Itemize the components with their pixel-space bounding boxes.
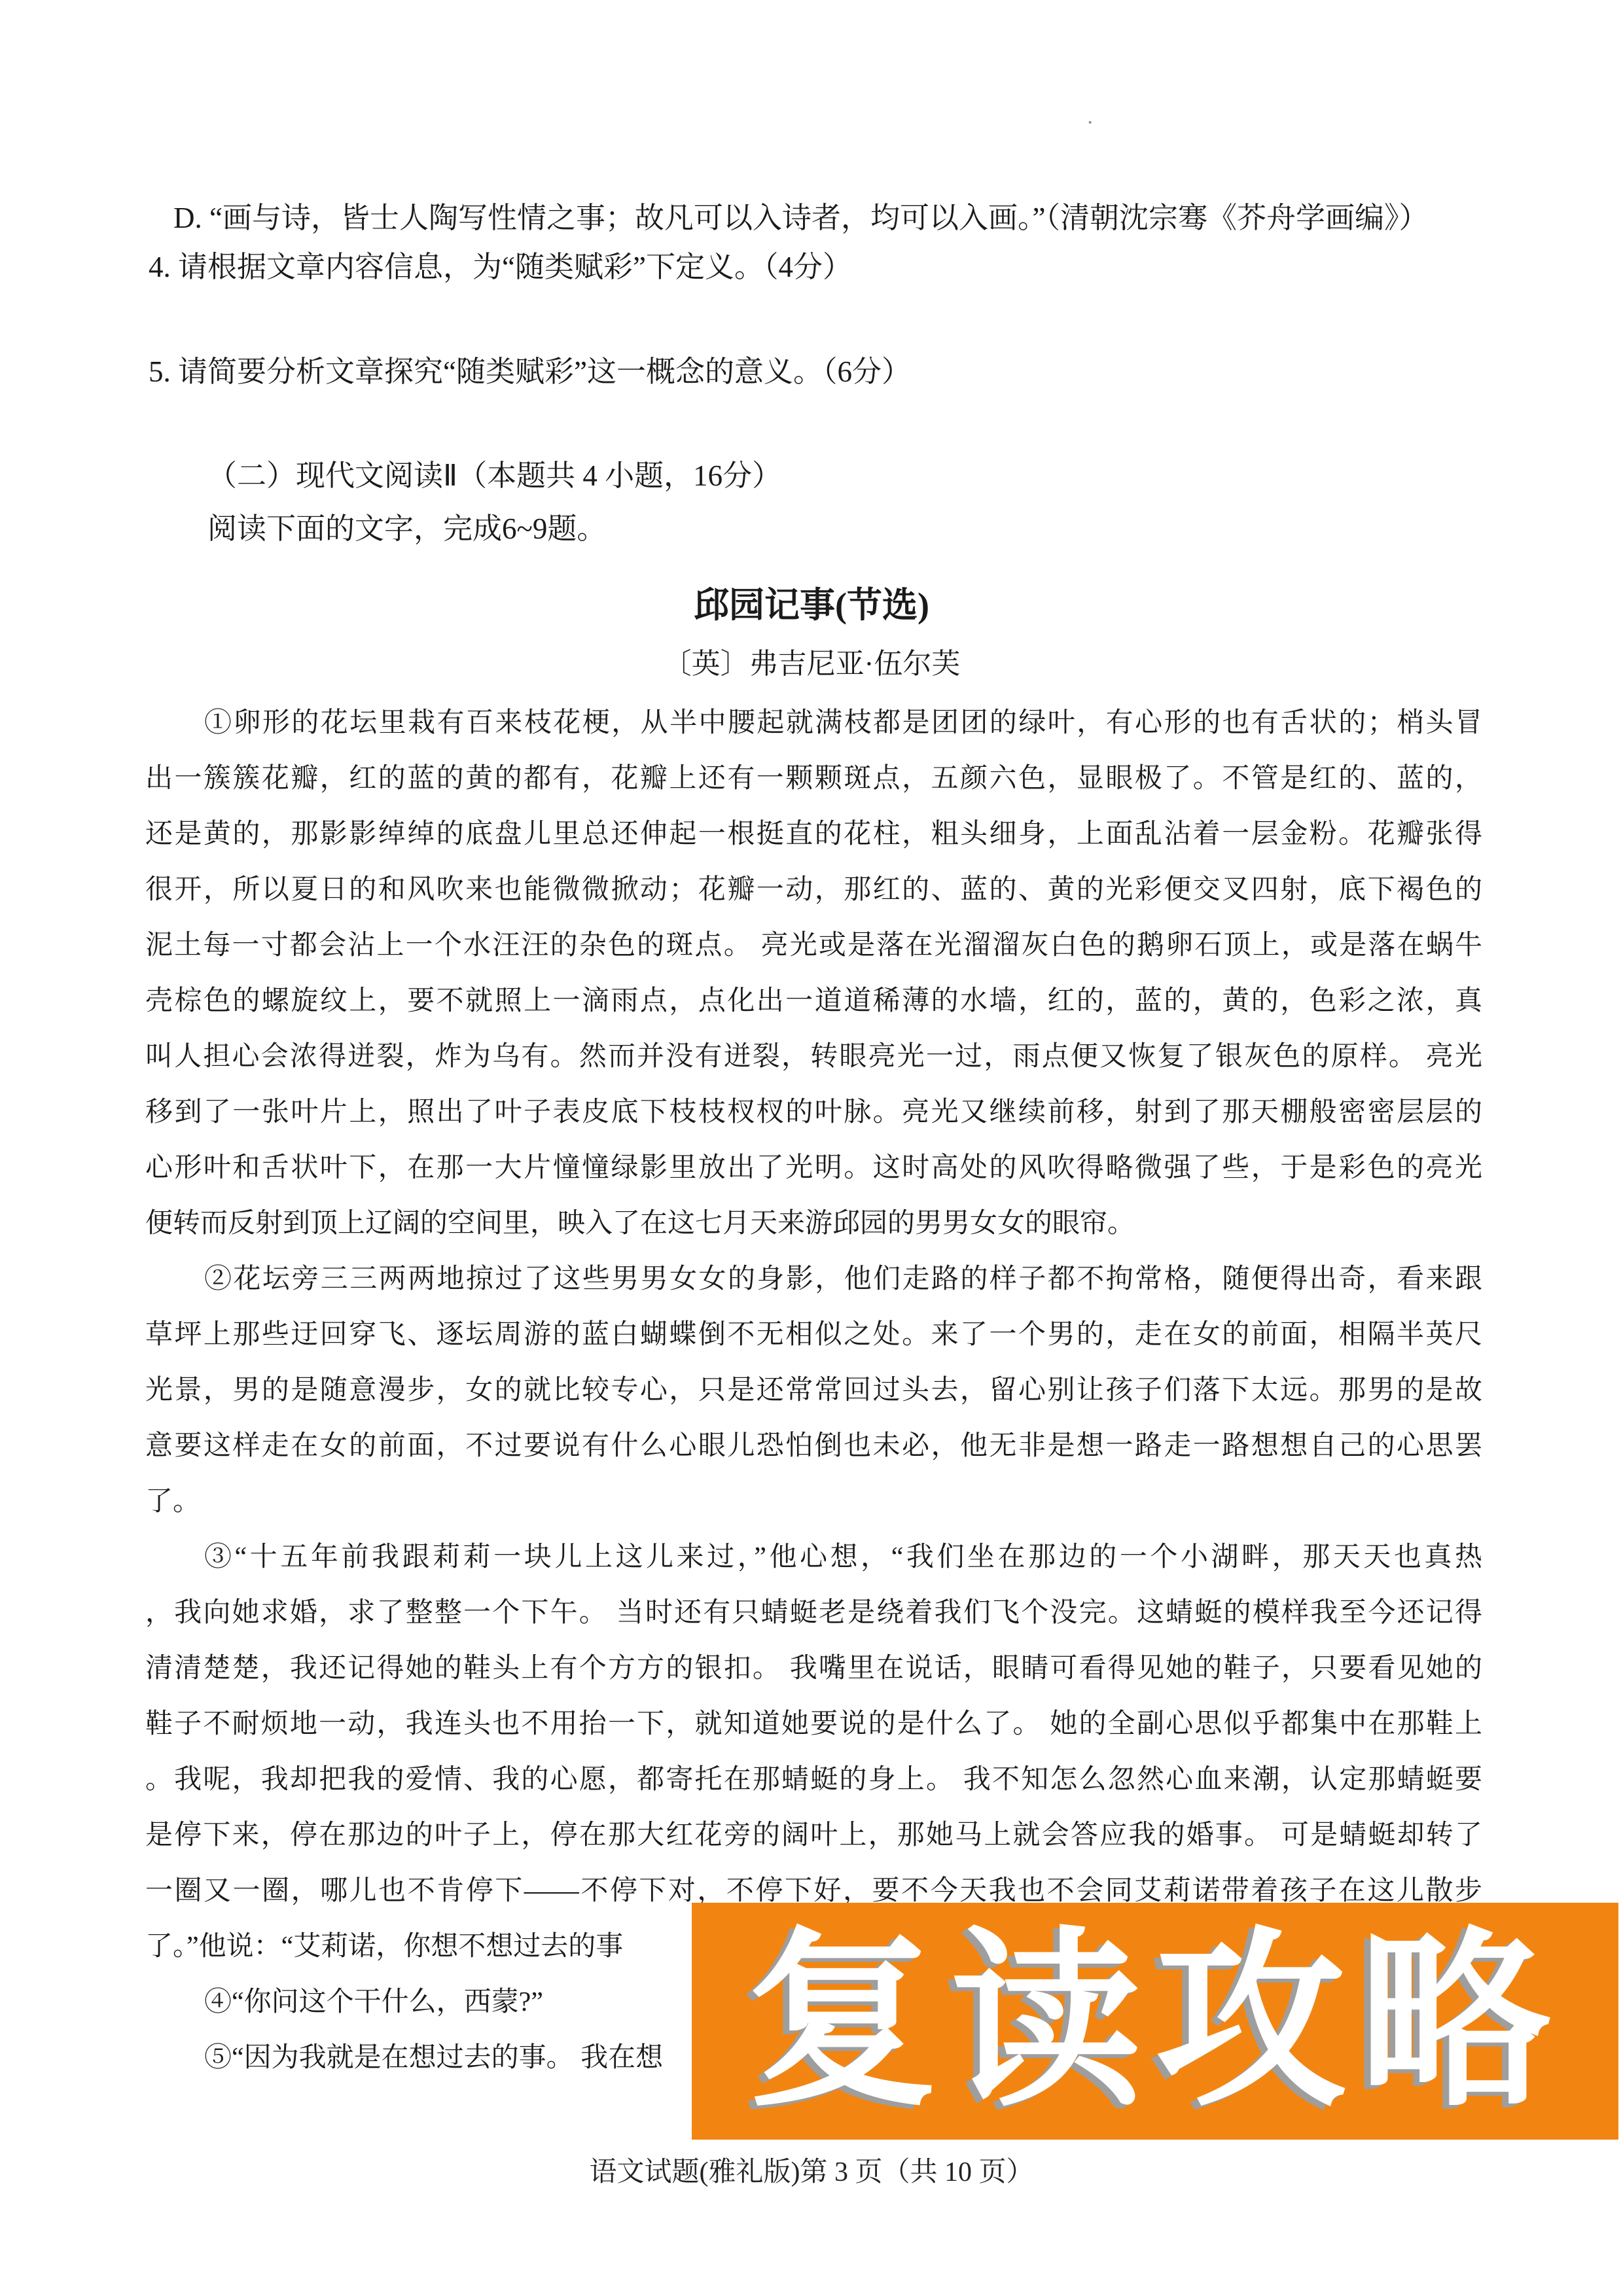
passage-line: 意要这样走在女的前面，不过要说有什么心眼儿恐怕倒也未必，他无非是想一路走一路想想… [145,1419,1482,1474]
passage-line: ①卵形的花坛里栽有百来枝花梗，从半中腰起就满枝都是团团的绿叶，有心形的也有舌状的… [145,696,1482,751]
question-5: 5. 请简要分析文章探究“随类赋彩”这一概念的意义。（6分） [149,342,911,401]
passage-line: 鞋子不耐烦地一动，我连头也不用抬一下，就知道她要说的是什么了。 她的全副心思似乎… [145,1697,1482,1752]
passage-line: 出一簇簇花瓣，红的蓝的黄的都有，花瓣上还有一颗颗斑点，五颜六色，显眼极了。不管是… [145,751,1482,806]
passage-line: 还是黄的，那影影绰绰的底盘儿里总还伸起一根挺直的花柱，粗头细身，上面乱沾着一层金… [145,807,1482,862]
passage-line: 便转而反射到顶上辽阔的空间里，映入了在这七月天来游邱园的男男女女的眼帘。 [145,1196,1482,1251]
promo-overlay-text: 复读攻略 [747,1926,1563,2117]
passage-line: 心形叶和舌状叶下，在那一大片憧憧绿影里放出了光明。这时高处的风吹得略微强了些，于… [145,1140,1482,1195]
passage-line: 移到了一张叶片上，照出了叶子表皮底下枝枝杈杈的叶脉。亮光又继续前移，射到了那天棚… [145,1085,1482,1140]
passage-line: ②花坛旁三三两两地掠过了这些男男女女的身影，他们走路的样子都不拘常格，随便得出奇… [145,1252,1482,1307]
question-4: 4. 请根据文章内容信息，为“随类赋彩”下定义。（4分） [149,238,852,296]
passage-line: 草坪上那些迂回穿飞、逐坛周游的蓝白蝴蝶倒不无相似之处。来了一个男的，走在女的前面… [145,1307,1482,1362]
exam-page: · D. “画与诗，皆士人陶写性情之事；故凡可以入诗者，均可以入画。”（清朝沈宗… [0,0,1623,2296]
passage-line: 很开，所以夏日的和风吹来也能微微掀动；花瓣一动，那红的、蓝的、黄的光彩便交叉四射… [145,862,1482,917]
section-heading: （二）现代文阅读Ⅱ（本题共 4 小题，16分） [207,446,781,505]
passage-line: 了。 [145,1474,1482,1529]
passage-line: ③“十五年前我跟莉莉一块儿上这儿来过，”他心想，“我们坐在那边的一个小湖畔，那天… [145,1530,1482,1585]
passage-line: 叫人担心会浓得迸裂，炸为乌有。然而并没有迸裂，转眼亮光一过，雨点便又恢复了银灰色… [145,1029,1482,1084]
passage-line: 光景，男的是随意漫步，女的就比较专心，只是还常常回过头去，留心别让孩子们落下太远… [145,1363,1482,1418]
passage-author: 〔英〕弗吉尼亚·伍尔芙 [0,635,1623,694]
passage-title: 邱园记事(节选) [0,576,1623,635]
passage-line: 泥土每一寸都会沾上一个水汪汪的杂色的斑点。 亮光或是落在光溜溜灰白色的鹅卵石顶上… [145,918,1482,973]
page-footer: 语文试题(雅礼版)第 3 页（共 10 页） [0,2143,1623,2202]
scan-speck: · [1086,119,1093,127]
passage-line: ，我向她求婚，求了整整一个下午。 当时还有只蜻蜓老是绕着我们飞个没完。这蜻蜓的模… [145,1585,1482,1640]
section-instruction: 阅读下面的文字，完成6~9题。 [207,499,606,558]
passage-line: 是停下来，停在那边的叶子上，停在那大红花旁的阔叶上，那她马上就会答应我的婚事。 … [145,1808,1482,1863]
passage-line: 清清楚楚，我还记得她的鞋头上有个方方的银扣。 我嘴里在说话，眼睛可看得见她的鞋子… [145,1641,1482,1696]
promo-overlay-banner: 复读攻略 [692,1903,1618,2140]
passage-line: 壳棕色的螺旋纹上，要不就照上一滴雨点，点化出一道道稀薄的水墙，红的，蓝的，黄的，… [145,974,1482,1029]
passage-line: 。我呢，我却把我的爱情、我的心愿，都寄托在那蜻蜓的身上。 我不知怎么忽然心血来潮… [145,1752,1482,1807]
